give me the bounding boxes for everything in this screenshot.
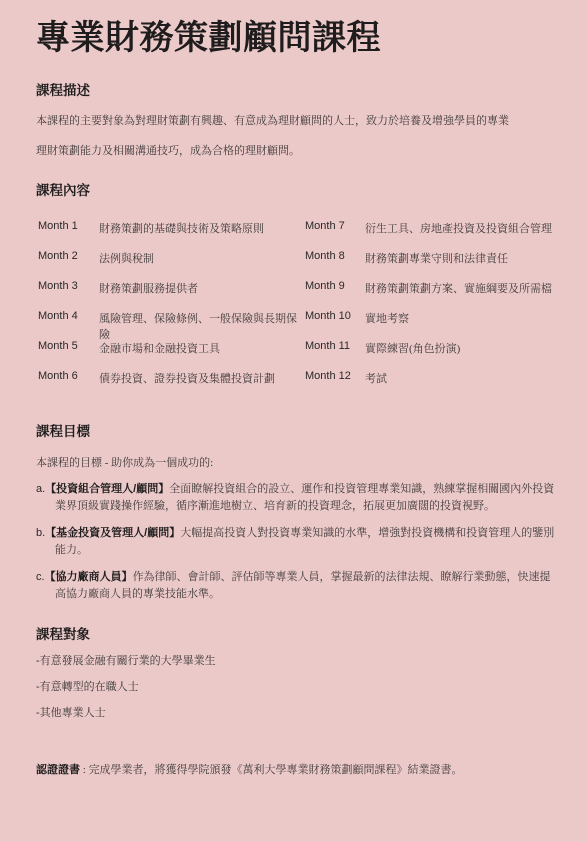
schedule-month: Month 5 bbox=[38, 340, 99, 352]
description-line-2: 理財策劃能力及相關溝通技巧，成為合格的理財顧問。 bbox=[36, 144, 557, 159]
audience-item: -有意發展金融有關行業的大學畢業生 bbox=[36, 654, 557, 669]
objective-item-b: b.【基金投資及管理人/顧問】大幅提高投資人對投資專業知識的水準，增強對投資機構… bbox=[36, 525, 557, 559]
description-line-1: 本課程的主要對象為對理財策劃有興趣、有意成為理財顧問的人士，致力於培養及增強學員… bbox=[36, 114, 557, 129]
schedule-topic: 金融市場和金融投資工具 bbox=[99, 340, 305, 356]
schedule-month: Month 3 bbox=[38, 280, 99, 292]
content-heading: 課程內容 bbox=[36, 179, 557, 199]
objective-item-a: a.【投資組合管理人/顧問】全面瞭解投資組合的設立、運作和投資管理專業知識，熟練… bbox=[36, 481, 557, 515]
schedule-month: Month 12 bbox=[305, 370, 365, 382]
section-audience: 課程對象 -有意發展金融有關行業的大學畢業生 -有意轉型的在職人士 -其他專業人… bbox=[36, 623, 557, 721]
schedule-month: Month 9 bbox=[305, 280, 365, 292]
objectives-intro: 本課程的目標 - 助你成為一個成功的: bbox=[36, 456, 557, 471]
certificate-label: 認證證書 bbox=[36, 764, 80, 776]
objective-role: 【協力廠商人員】 bbox=[45, 571, 133, 583]
objectives-heading: 課程目標 bbox=[36, 420, 557, 440]
schedule-topic: 債券投資、證券投資及集體投資計劃 bbox=[99, 370, 305, 386]
schedule-month: Month 4 bbox=[38, 310, 99, 322]
section-objectives: 課程目標 本課程的目標 - 助你成為一個成功的: a.【投資組合管理人/顧問】全… bbox=[36, 420, 557, 603]
objective-marker: a. bbox=[36, 483, 45, 495]
description-paragraph: 本課程的主要對象為對理財策劃有興趣、有意成為理財顧問的人士，致力於培養及增強學員… bbox=[36, 114, 557, 159]
schedule-month: Month 2 bbox=[38, 250, 99, 262]
schedule-topic: 財務策劃的基礎與技術及策略原則 bbox=[99, 220, 305, 236]
schedule-month: Month 7 bbox=[305, 220, 365, 232]
objective-item-c: c.【協力廠商人員】作為律師、會計師、評估師等專業人員，掌握最新的法律法規、瞭解… bbox=[36, 569, 557, 603]
schedule-topic: 財務策劃服務提供者 bbox=[99, 280, 305, 296]
page-title: 專業財務策劃顧問課程 bbox=[36, 18, 557, 59]
schedule-month: Month 1 bbox=[38, 220, 99, 232]
schedule-topic: 財務策劃專業守則和法律責任 bbox=[365, 250, 557, 266]
schedule-month: Month 8 bbox=[305, 250, 365, 262]
audience-item: -其他專業人士 bbox=[36, 706, 557, 721]
objective-role: 【投資組合管理人/顧問】 bbox=[45, 483, 169, 495]
schedule-month: Month 11 bbox=[305, 340, 365, 352]
schedule-topic: 實地考察 bbox=[365, 310, 557, 326]
section-description: 課程描述 本課程的主要對象為對理財策劃有興趣、有意成為理財顧問的人士，致力於培養… bbox=[36, 79, 557, 159]
description-heading: 課程描述 bbox=[36, 79, 557, 99]
objective-marker: c. bbox=[36, 571, 45, 583]
certificate-note: 認證證書 : 完成學業者，將獲得學院頒發《萬利大學專業財務策劃顧問課程》結業證書… bbox=[36, 763, 557, 778]
schedule-month: Month 6 bbox=[38, 370, 99, 382]
schedule-month: Month 10 bbox=[305, 310, 365, 322]
objective-marker: b. bbox=[36, 527, 45, 539]
section-content: 課程內容 Month 1 財務策劃的基礎與技術及策略原則 Month 7 衍生工… bbox=[36, 179, 557, 400]
schedule-table: Month 1 財務策劃的基礎與技術及策略原則 Month 7 衍生工具、房地產… bbox=[38, 220, 557, 400]
schedule-topic: 衍生工具、房地產投資及投資組合管理 bbox=[365, 220, 557, 236]
audience-item: -有意轉型的在職人士 bbox=[36, 680, 557, 695]
schedule-topic: 考試 bbox=[365, 370, 557, 386]
audience-heading: 課程對象 bbox=[36, 623, 557, 643]
schedule-topic: 風險管理、保險條例、一般保險與長期保險 bbox=[99, 310, 305, 342]
schedule-topic: 財務策劃策劃方案、實施綱要及所需檔 bbox=[365, 280, 557, 296]
certificate-text: 完成學業者，將獲得學院頒發《萬利大學專業財務策劃顧問課程》結業證書。 bbox=[89, 764, 463, 776]
objective-role: 【基金投資及管理人/顧問】 bbox=[45, 527, 180, 539]
certificate-separator: : bbox=[80, 764, 89, 776]
schedule-topic: 法例與稅制 bbox=[99, 250, 305, 266]
course-document-page: 專業財務策劃顧問課程 課程描述 本課程的主要對象為對理財策劃有興趣、有意成為理財… bbox=[0, 0, 587, 842]
schedule-topic: 實際練習(角色扮演) bbox=[365, 340, 557, 356]
